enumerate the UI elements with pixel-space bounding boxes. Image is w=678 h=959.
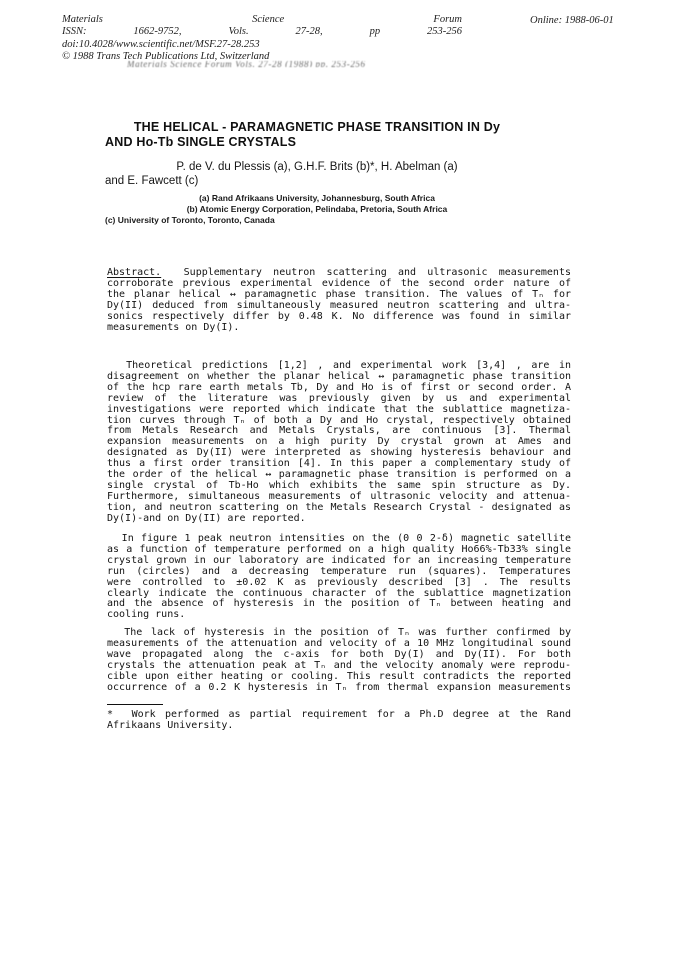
text-line: THE HELICAL - PARAMAGNETIC PHASE TRANSIT… xyxy=(105,120,529,135)
body-paragraph-1: Theoretical predictions [1,2] , and expe… xyxy=(107,361,571,525)
authors: P. de V. du Plessis (a), G.H.F. Brits (b… xyxy=(105,160,529,188)
body-paragraph-3: The lack of hysteresis in the position o… xyxy=(107,628,571,693)
text-line: Materials Science Forum xyxy=(62,14,462,26)
text-line: AND Ho-Tb SINGLE CRYSTALS xyxy=(105,135,529,150)
text-line: ISSN: 1662-9752, Vols. 27-28, pp 253-256 xyxy=(62,26,462,38)
text-line: Dy(II) deduced from simultaneously measu… xyxy=(107,301,571,312)
text-line: (a) Rand Afrikaans University, Johannesb… xyxy=(105,193,529,204)
text-line: (c) University of Toronto, Toronto, Cana… xyxy=(105,215,529,226)
journal-header: Materials Science ForumISSN: 1662-9752, … xyxy=(62,14,462,64)
faded-header-text: Materials Science Forum Vols. 27-28 (198… xyxy=(127,61,435,67)
abstract-label: Abstract. xyxy=(107,267,161,278)
paper-title: THE HELICAL - PARAMAGNETIC PHASE TRANSIT… xyxy=(105,120,529,150)
text-line: (b) Atomic Energy Corporation, Pelindaba… xyxy=(105,204,529,215)
abstract-lines: corroborate previous experimental eviden… xyxy=(107,279,571,334)
footnote: * Work performed as partial requirement … xyxy=(107,710,571,732)
body-paragraph-3-lines: The lack of hysteresis in the position o… xyxy=(107,628,571,693)
text-line: review of the literature was previously … xyxy=(107,394,571,405)
text-line: sonics respectively differ by 0.48 K. No… xyxy=(107,312,571,323)
document-page: Materials Science ForumISSN: 1662-9752, … xyxy=(0,0,678,959)
footnote-lines: * Work performed as partial requirement … xyxy=(107,710,571,732)
text-line: were controlled to ±0.02 K as previously… xyxy=(107,578,571,589)
text-line: cooling runs. xyxy=(107,610,571,621)
body-paragraph-2-lines: In figure 1 peak neutron intensities on … xyxy=(107,534,571,621)
abstract-first-line-rest: Supplementary neutron scattering and ult… xyxy=(161,267,571,278)
affiliations: (a) Rand Afrikaans University, Johannesb… xyxy=(105,193,529,226)
abstract: Abstract. Supplementary neutron scatteri… xyxy=(107,268,571,333)
text-line: Dy(I)-and on Dy(II) are reported. xyxy=(107,514,571,525)
text-line: cible upon either heating or cooling. Th… xyxy=(107,672,571,683)
text-line: crystals the attenuation peak at Tₙ and … xyxy=(107,661,571,672)
text-line: run (circles) and a decreasing temperatu… xyxy=(107,567,571,578)
body-paragraph-1-lines: Theoretical predictions [1,2] , and expe… xyxy=(107,361,571,525)
text-line: and E. Fawcett (c) xyxy=(105,174,529,188)
online-date: Online: 1988-06-01 xyxy=(530,15,670,27)
text-line: investigations were reported which indic… xyxy=(107,405,571,416)
text-line: doi:10.4028/www.scientific.net/MSF.27-28… xyxy=(62,39,462,51)
faded-header-line: Materials Science Forum Vols. 27-28 (198… xyxy=(127,61,435,67)
text-line: measurements on Dy(I). xyxy=(107,323,571,334)
text-line: Afrikaans University. xyxy=(107,721,571,732)
text-line: P. de V. du Plessis (a), G.H.F. Brits (b… xyxy=(105,160,529,174)
text-line: occurrence of a 0.2 K hysteresis in Tₙ f… xyxy=(107,683,571,694)
body-paragraph-2: In figure 1 peak neutron intensities on … xyxy=(107,534,571,621)
footnote-rule xyxy=(107,704,163,705)
